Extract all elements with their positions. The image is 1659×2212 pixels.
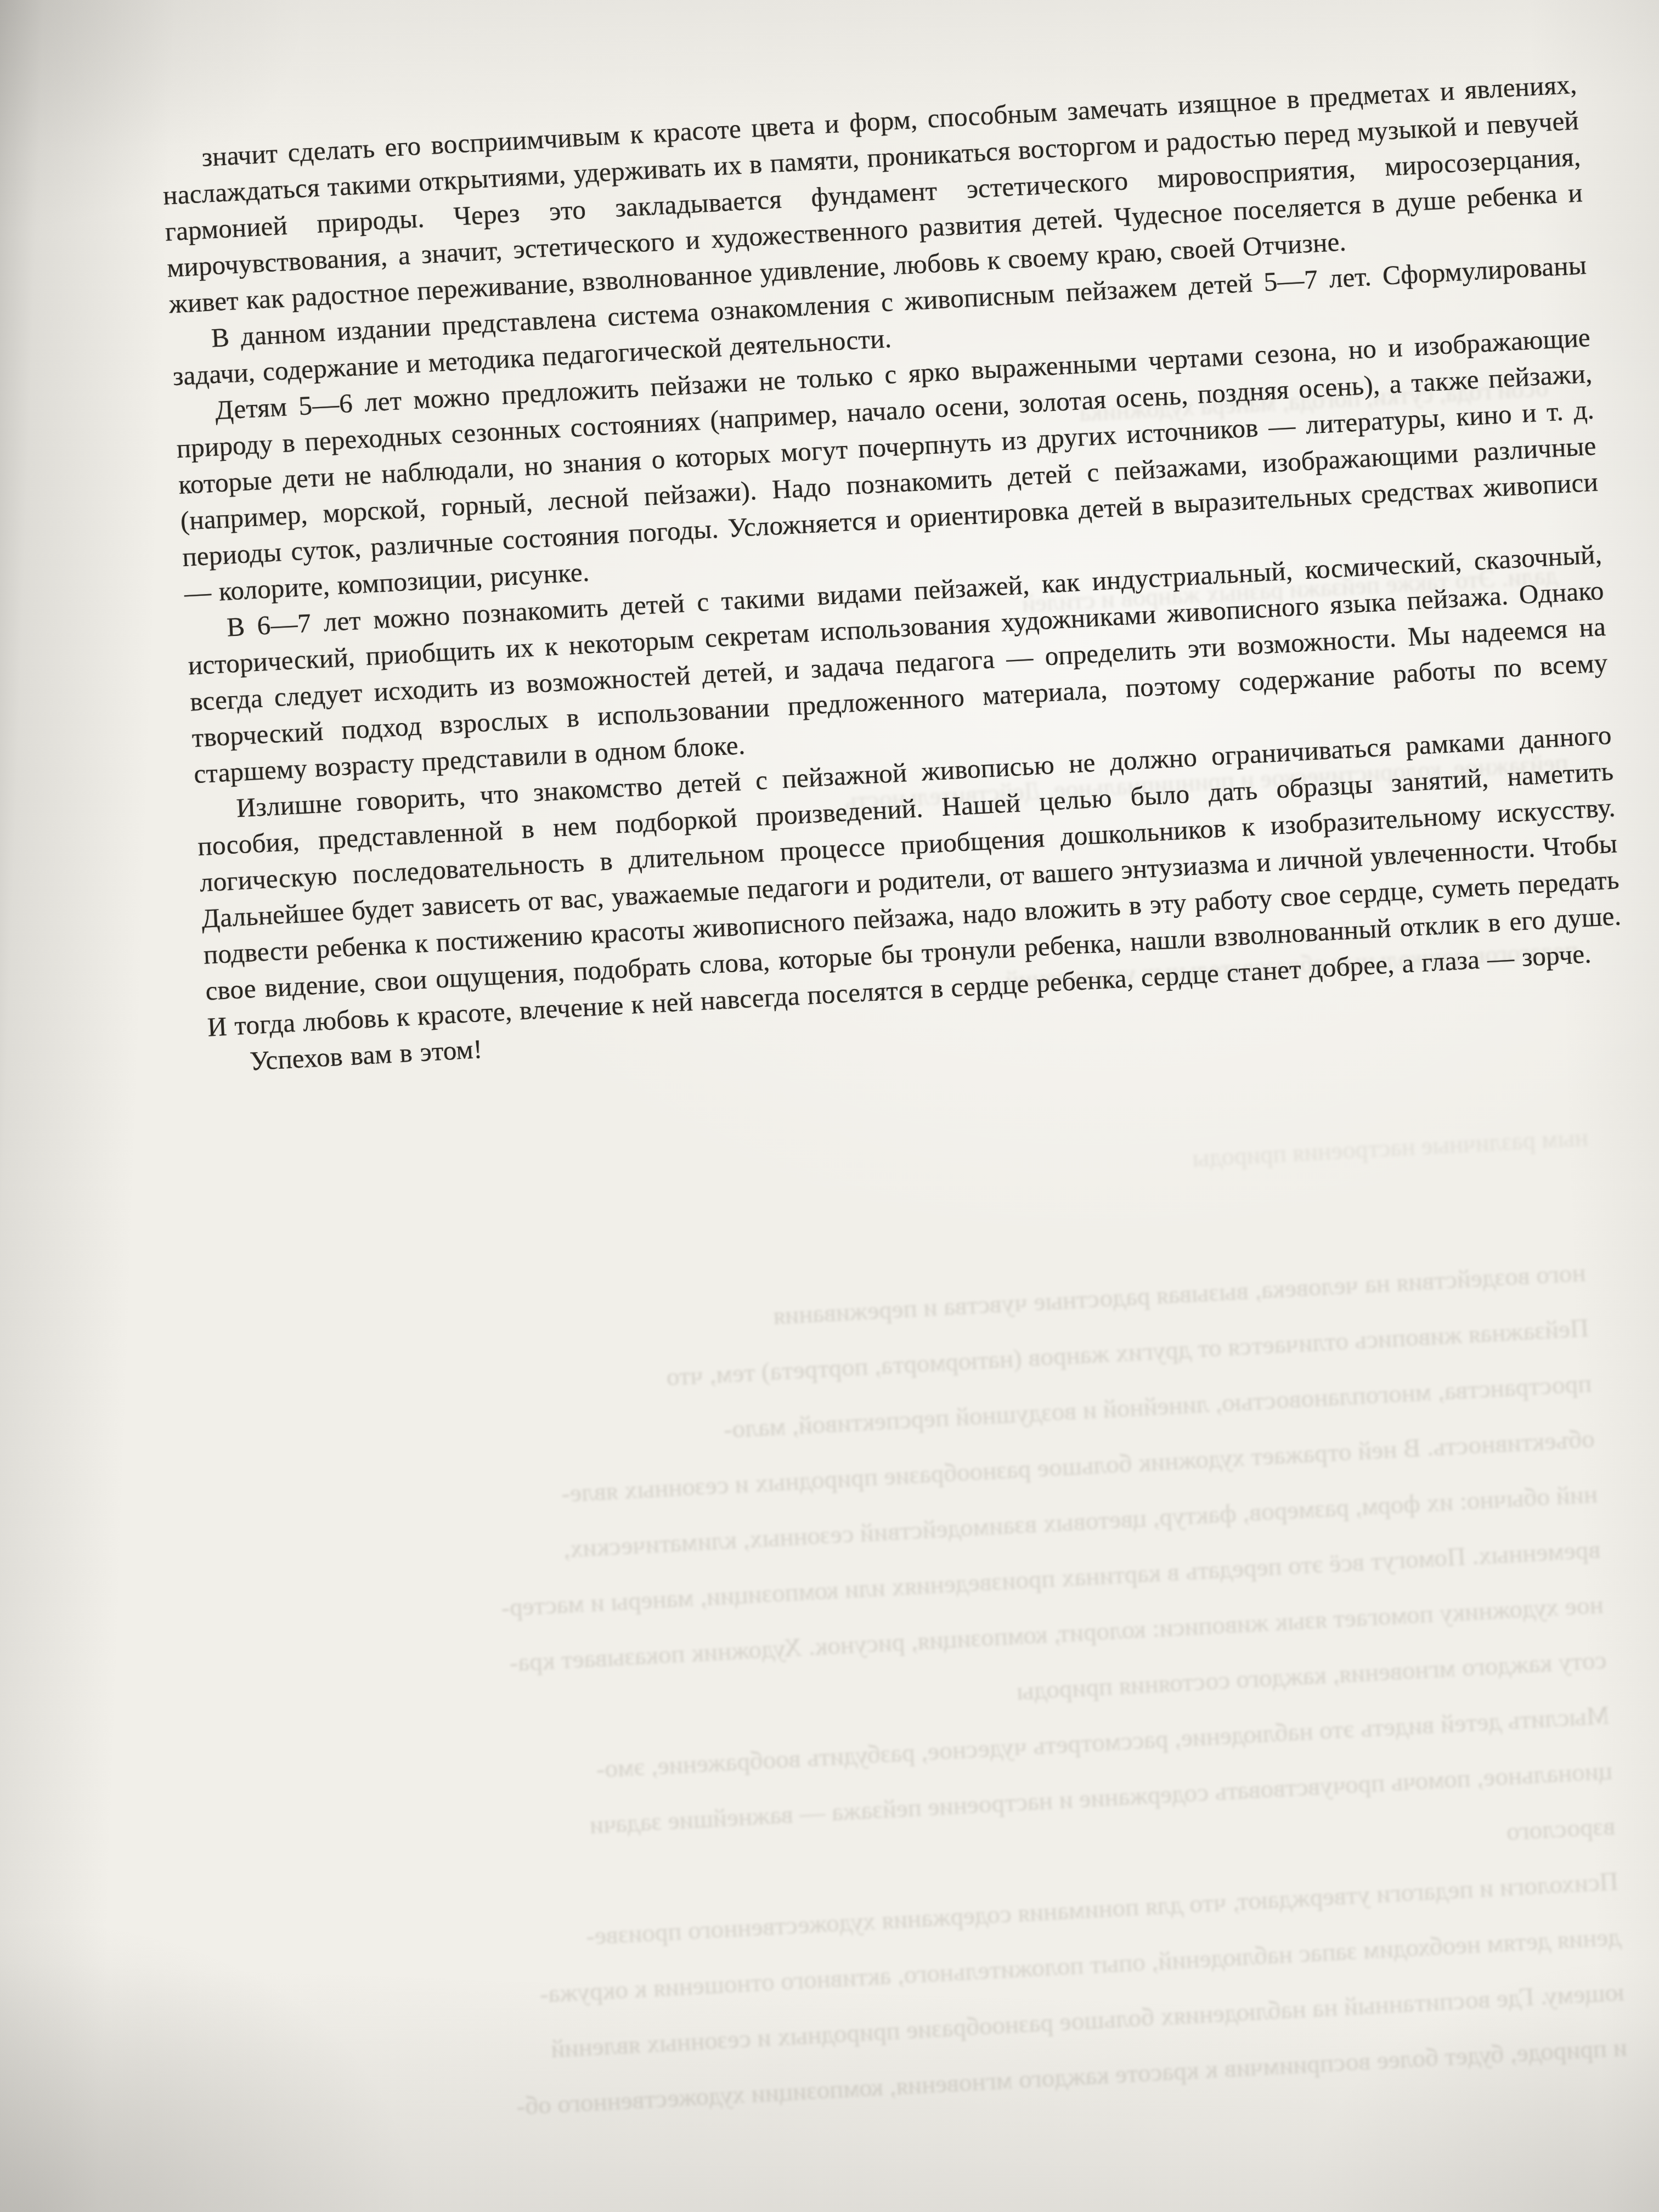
bleed-through-lower: ного воздействия на человека, вызывая ра… xyxy=(18,1245,1629,2159)
book-page-photo: осой года, сутки, погода, манера художни… xyxy=(0,0,1659,2212)
page-text-block: значит сделать его восприимчивым к красо… xyxy=(160,66,1626,1082)
